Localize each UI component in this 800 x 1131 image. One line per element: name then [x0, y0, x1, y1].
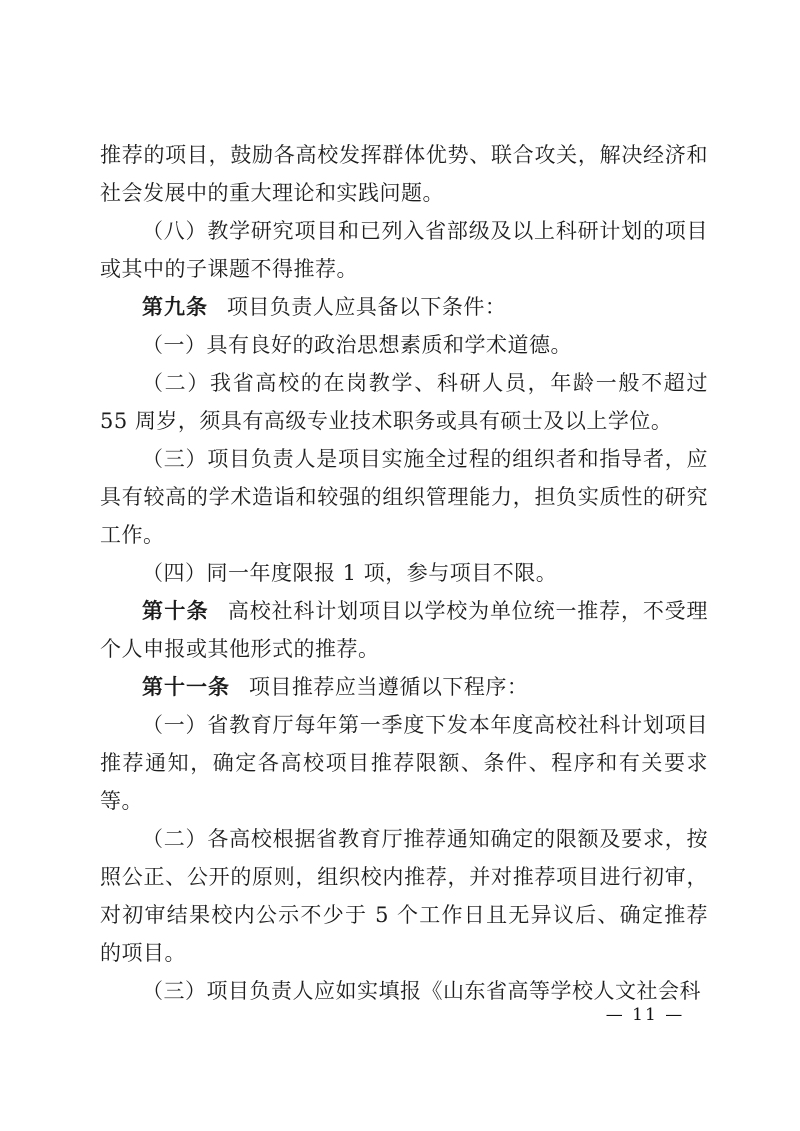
document-page: 推荐的项目，鼓励各高校发挥群体优势、联合攻关，解决经济和社会发展中的重大理论和实…: [0, 0, 800, 1131]
paragraph-article-11-item-2: （二）各高校根据省教育厅推荐通知确定的限额及要求，按照公正、公开的原则，组织校内…: [100, 820, 708, 972]
paragraph-clause-8: （八）教学研究项目和已列入省部级及以上科研计划的项目或其中的子课题不得推荐。: [100, 212, 708, 288]
page-number: — 11 —: [600, 1005, 690, 1025]
paragraph-text: 推荐的项目，鼓励各高校发挥群体优势、联合攻关，解决经济和社会发展中的重大理论和实…: [100, 143, 708, 205]
document-text-block: 推荐的项目，鼓励各高校发挥群体优势、联合攻关，解决经济和社会发展中的重大理论和实…: [100, 136, 708, 1010]
paragraph-text: （二）我省高校的在岗教学、科研人员，年龄一般不超过 55 周岁，须具有高级专业技…: [100, 371, 708, 433]
paragraph-text: （八）教学研究项目和已列入省部级及以上科研计划的项目或其中的子课题不得推荐。: [100, 219, 708, 281]
paragraph-text: （三）项目负责人是项目实施全过程的组织者和指导者，应具有较高的学术造诣和较强的组…: [100, 447, 708, 547]
paragraph-text: 项目推荐应当遵循以下程序：: [249, 675, 529, 699]
paragraph-text: 项目负责人应具备以下条件：: [227, 295, 507, 319]
paragraph-text: （四）同一年度限报 1 项，参与项目不限。: [142, 561, 557, 585]
paragraph-text: （一）具有良好的政治思想素质和学术道德。: [142, 333, 572, 357]
paragraph-article-9-item-4: （四）同一年度限报 1 项，参与项目不限。: [100, 554, 708, 592]
paragraph-text: （一）省教育厅每年第一季度下发本年度高校社科计划项目推荐通知，确定各高校项目推荐…: [100, 713, 708, 813]
paragraph-article-9: 第九条项目负责人应具备以下条件：: [100, 288, 708, 326]
paragraph-article-9-item-2: （二）我省高校的在岗教学、科研人员，年龄一般不超过 55 周岁，须具有高级专业技…: [100, 364, 708, 440]
article-9-heading: 第九条: [142, 294, 208, 319]
paragraph-article-10: 第十条高校社科计划项目以学校为单位统一推荐，不受理个人申报或其他形式的推荐。: [100, 592, 708, 668]
paragraph-article-11-item-1: （一）省教育厅每年第一季度下发本年度高校社科计划项目推荐通知，确定各高校项目推荐…: [100, 706, 708, 820]
paragraph-article-9-item-3: （三）项目负责人是项目实施全过程的组织者和指导者，应具有较高的学术造诣和较强的组…: [100, 440, 708, 554]
article-10-heading: 第十条: [142, 598, 209, 623]
paragraph-article-9-item-1: （一）具有良好的政治思想素质和学术道德。: [100, 326, 708, 364]
paragraph-article-11: 第十一条项目推荐应当遵循以下程序：: [100, 668, 708, 706]
paragraph-text: （二）各高校根据省教育厅推荐通知确定的限额及要求，按照公正、公开的原则，组织校内…: [100, 827, 708, 965]
paragraph-text: （三）项目负责人应如实填报《山东省高等学校人文社会科: [142, 979, 701, 1003]
article-11-heading: 第十一条: [142, 674, 230, 699]
paragraph-continuation: 推荐的项目，鼓励各高校发挥群体优势、联合攻关，解决经济和社会发展中的重大理论和实…: [100, 136, 708, 212]
